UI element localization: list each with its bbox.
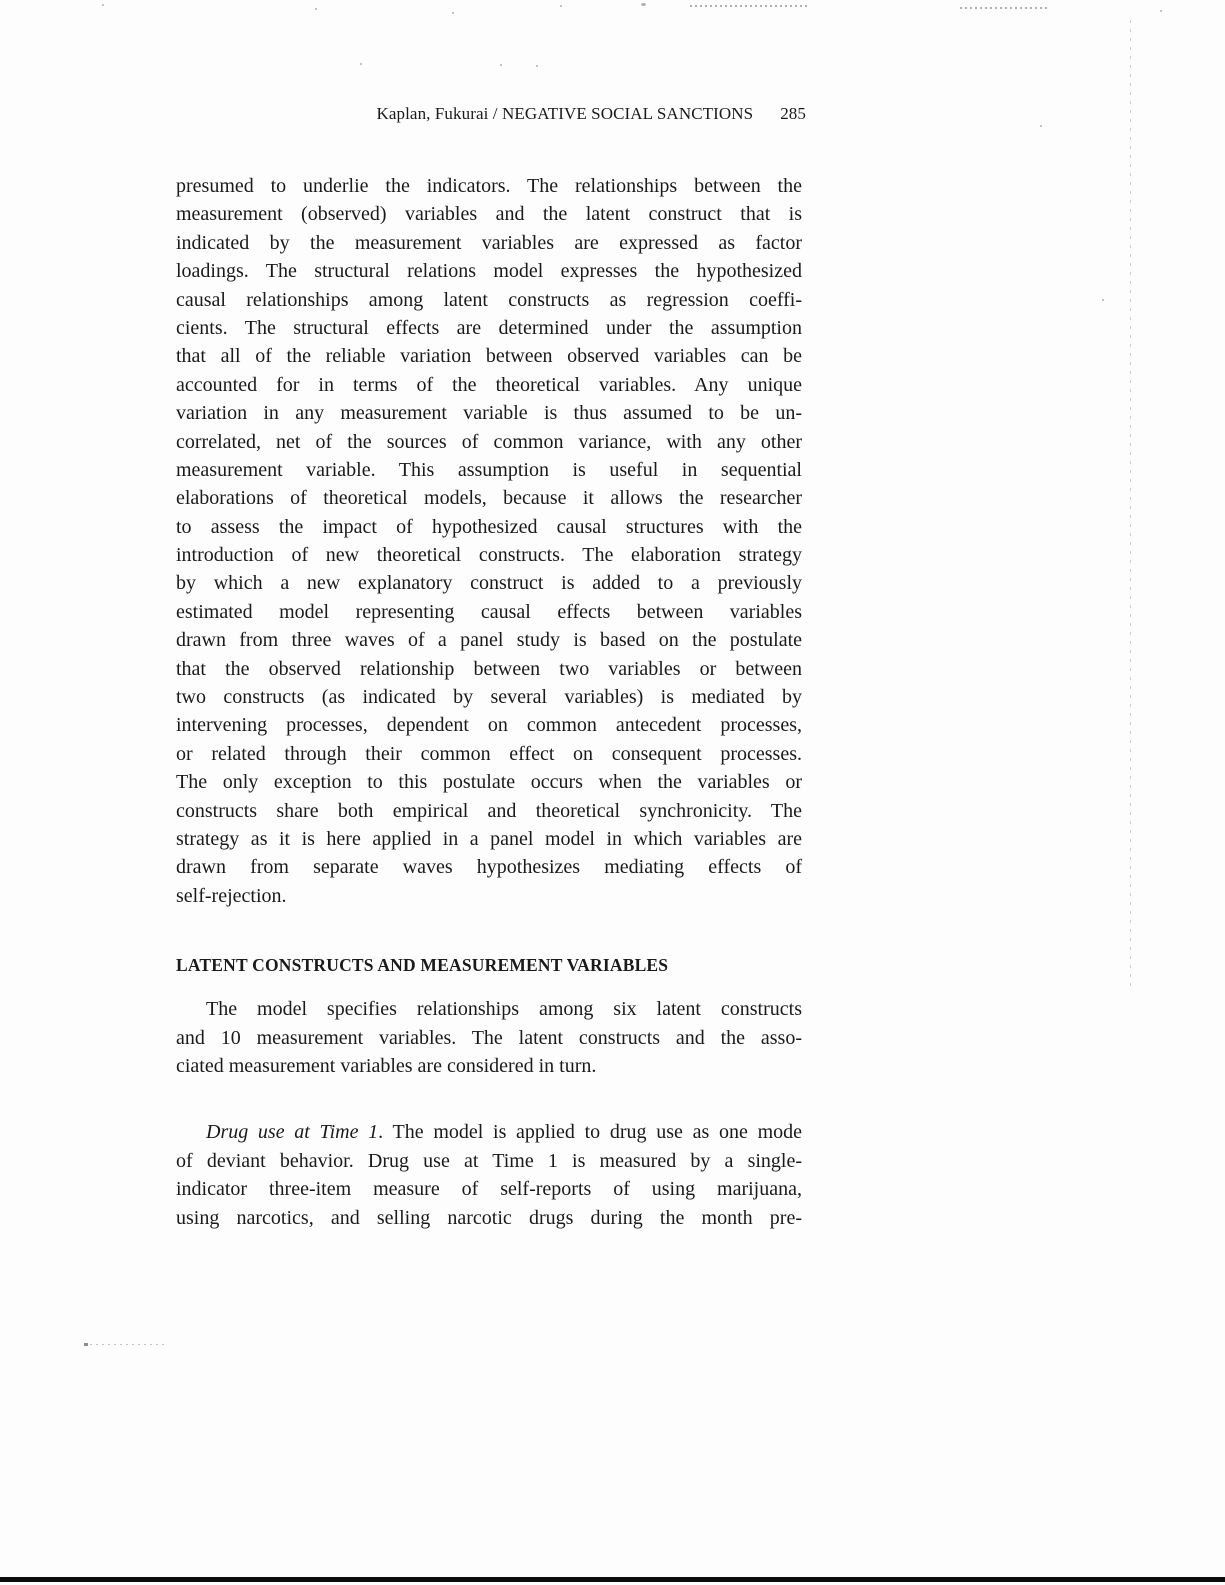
running-head: Kaplan, Fukurai / NEGATIVE SOCIAL SANCTI… [176,104,806,124]
text-line: variation in any measurement variable is… [176,399,802,427]
scan-noise [360,63,362,65]
scan-noise [960,7,1050,9]
text-line: that the observed relationship between t… [176,655,802,683]
text-line: using narcotics, and selling narcotic dr… [176,1204,802,1232]
paragraph-block-bottom: The model specifies relationships among … [176,995,802,1232]
scan-noise [1160,10,1162,12]
scanned-paper-page: Kaplan, Fukurai / NEGATIVE SOCIAL SANCTI… [0,0,1225,1585]
text-line: causal relationships among latent constr… [176,286,802,314]
text-line: loadings. The structural relations model… [176,257,802,285]
scan-noise [560,5,562,7]
text-line: indicated by the measurement variables a… [176,229,802,257]
scan-noise [452,12,454,14]
text-line: The model specifies relationships among … [176,995,802,1023]
text-line: indicator three-item measure of self-rep… [176,1175,802,1203]
text-line: The only exception to this postulate occ… [176,768,802,796]
text-line: cients. The structural effects are deter… [176,314,802,342]
scan-artifact-bottom-bar [0,1577,1225,1582]
scan-artifact-dotted-line [90,1344,166,1345]
text-line: drawn from three waves of a panel study … [176,626,802,654]
text-line: intervening processes, dependent on comm… [176,711,802,739]
page-number: 285 [780,104,806,124]
running-head-title: Kaplan, Fukurai / NEGATIVE SOCIAL SANCTI… [376,104,753,124]
scan-artifact-vertical-line [1130,20,1131,990]
text-line: presumed to underlie the indicators. The… [176,172,802,200]
text-line: correlated, net of the sources of common… [176,428,802,456]
scan-noise [641,3,646,6]
text-line: two constructs (as indicated by several … [176,683,802,711]
paragraph-model-overview: The model specifies relationships among … [176,995,802,1080]
scan-noise [102,4,104,6]
scan-noise [1102,299,1104,301]
text-line: self-rejection. [176,882,802,910]
text-line: Drug use at Time 1. The model is applied… [176,1118,802,1146]
body-text-column: presumed to underlie the indicators. The… [176,172,802,1232]
text-line: estimated model representing causal effe… [176,598,802,626]
text-line: drawn from separate waves hypothesizes m… [176,853,802,881]
text-line: of deviant behavior. Drug use at Time 1 … [176,1147,802,1175]
text-line: constructs share both empirical and theo… [176,797,802,825]
scan-noise [1040,125,1042,127]
text-line: ciated measurement variables are conside… [176,1052,802,1080]
text-line: by which a new explanatory construct is … [176,569,802,597]
text-line: measurement variable. This assumption is… [176,456,802,484]
line-text: . The model is applied to drug use as on… [378,1121,802,1143]
paragraph-structural-model-continuation: presumed to underlie the indicators. The… [176,172,802,910]
text-line: elaborations of theoretical models, beca… [176,484,802,512]
text-line: introduction of new theoretical construc… [176,541,802,569]
scan-artifact-dot [84,1343,88,1346]
text-line: to assess the impact of hypothesized cau… [176,513,802,541]
text-line: that all of the reliable variation betwe… [176,342,802,370]
italic-lead-in: Drug use at Time 1 [206,1121,378,1143]
text-line: accounted for in terms of the theoretica… [176,371,802,399]
section-heading: LATENT CONSTRUCTS AND MEASUREMENT VARIAB… [176,954,802,976]
paragraph-block-top: presumed to underlie the indicators. The… [176,172,802,910]
text-line: strategy as it is here applied in a pane… [176,825,802,853]
scan-noise [500,64,502,66]
text-line: measurement (observed) variables and the… [176,200,802,228]
scan-noise [690,5,810,7]
scan-noise [315,8,317,10]
text-line: or related through their common effect o… [176,740,802,768]
paragraph-drug-use-time1: Drug use at Time 1. The model is applied… [176,1118,802,1232]
scan-noise [536,65,538,67]
text-line: and 10 measurement variables. The latent… [176,1024,802,1052]
